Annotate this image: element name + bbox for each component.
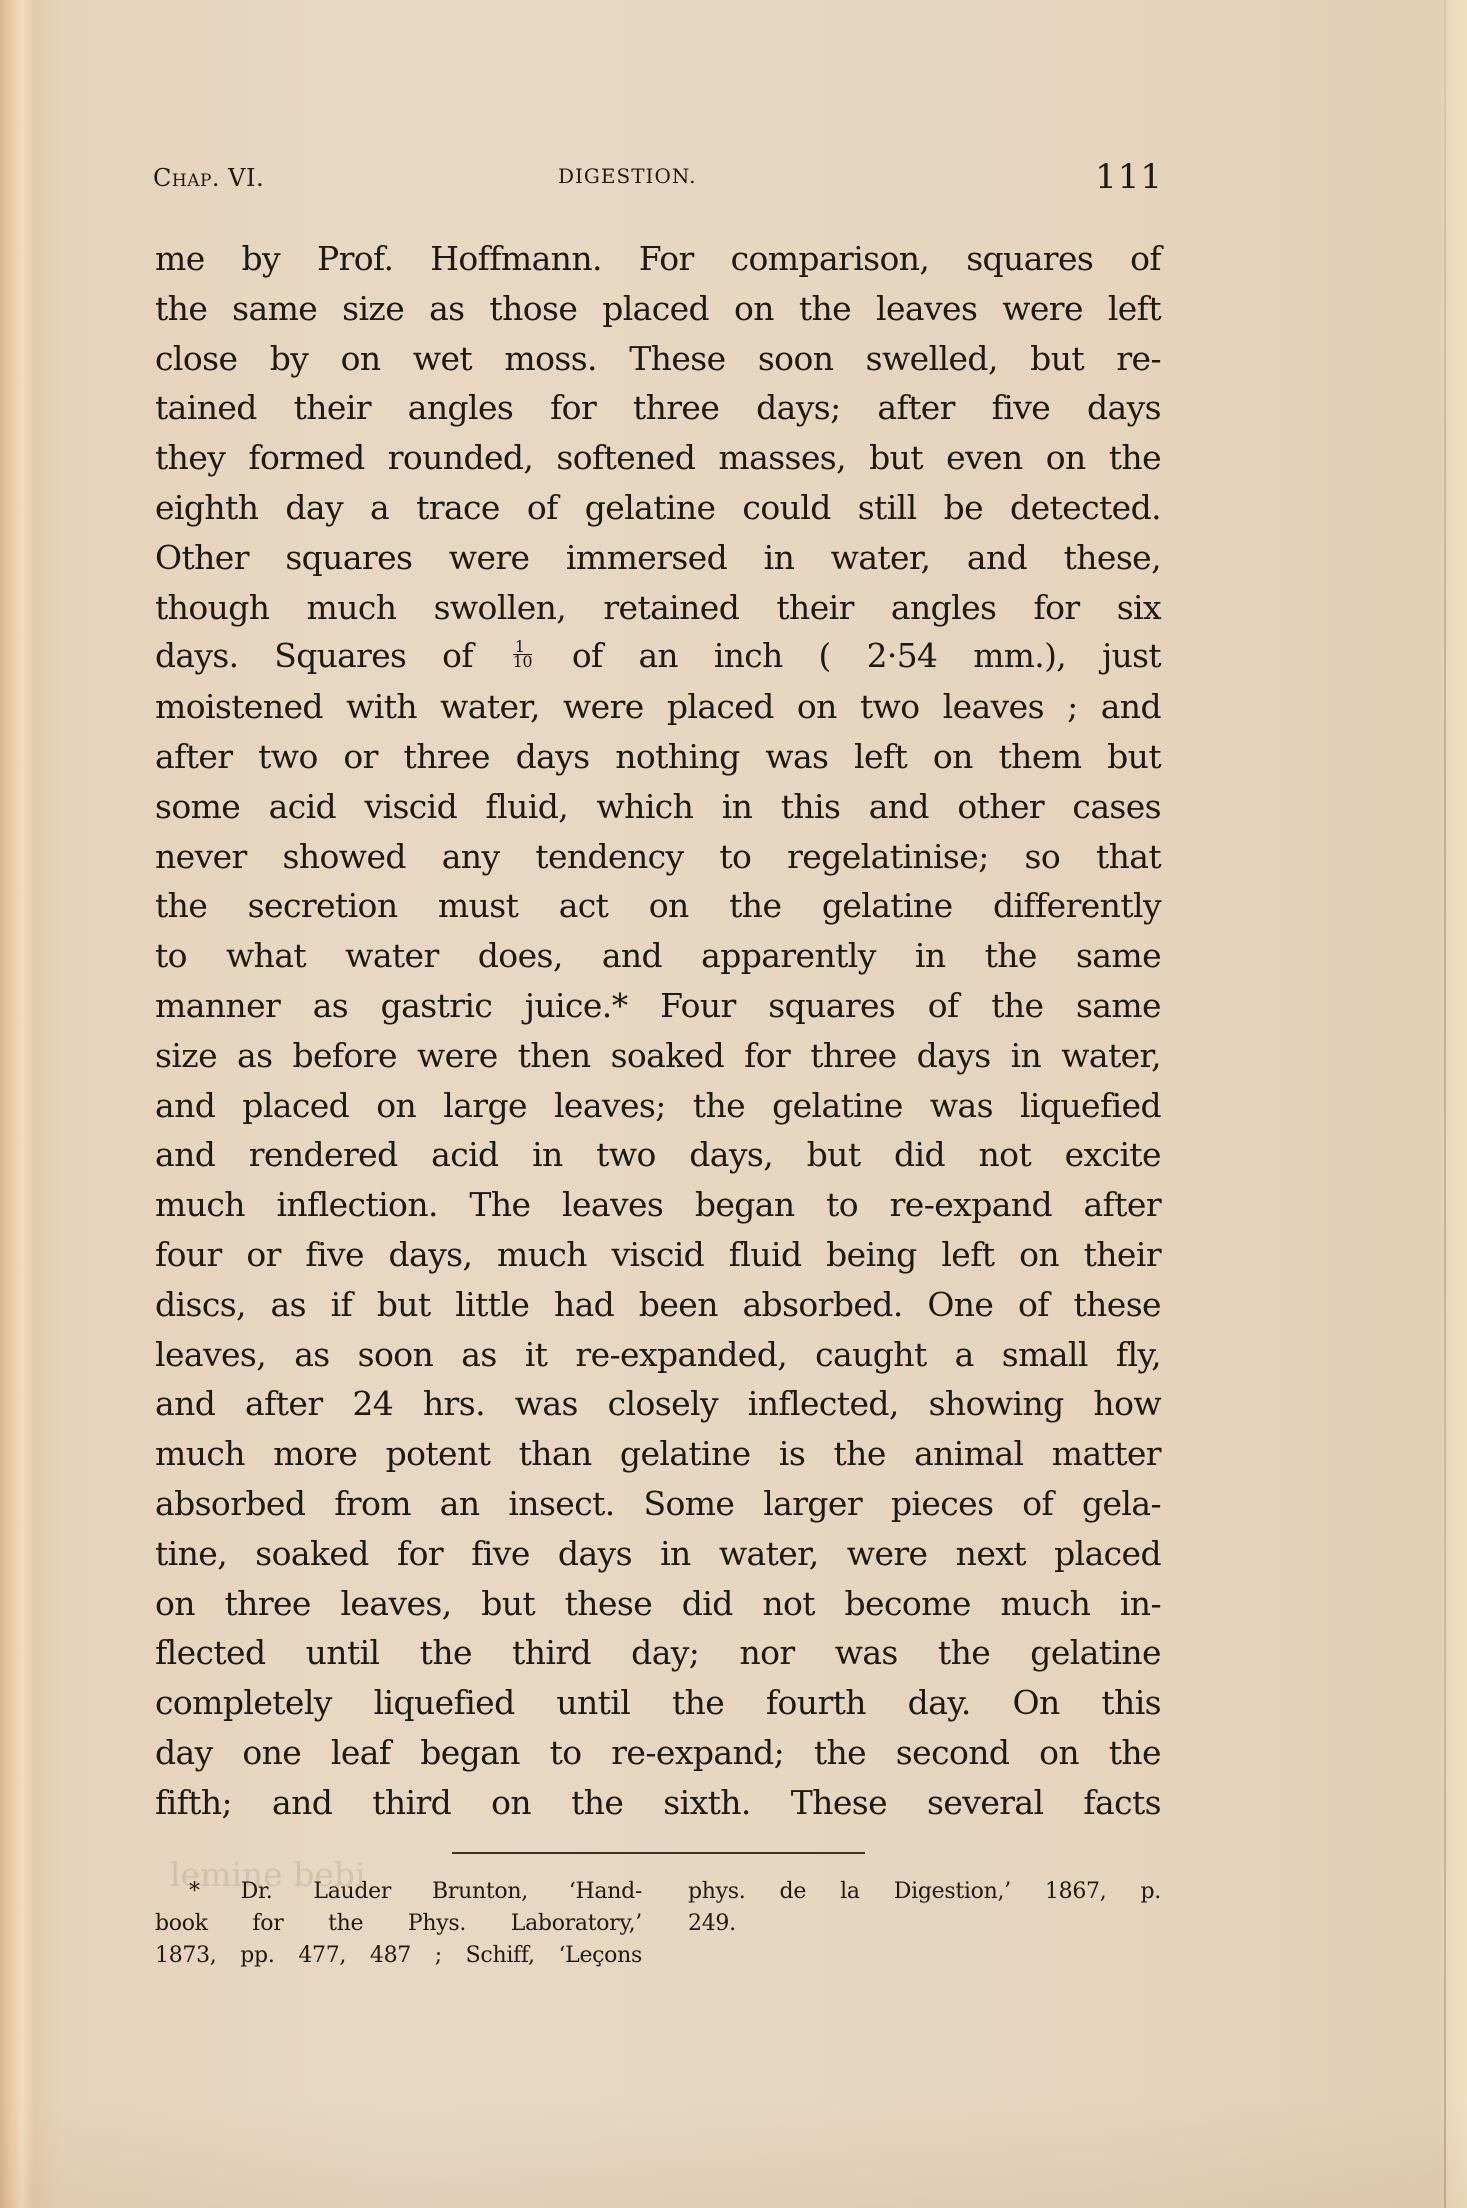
footnote-column-left: * Dr. Lauder Brunton, ‘Hand- book for th…: [155, 1876, 642, 1972]
footnote-line: * Dr. Lauder Brunton, ‘Hand-: [155, 1876, 642, 1908]
text-line: tained their angles for three days; afte…: [155, 383, 1161, 433]
text-line: leaves, as soon as it re-expanded, caugh…: [155, 1330, 1161, 1380]
running-title: DIGESTION.: [558, 164, 696, 188]
footnote-divider: [452, 1852, 865, 1854]
text-line: discs, as if but little had been absorbe…: [155, 1280, 1161, 1330]
text-line: size as before were then soaked for thre…: [155, 1031, 1161, 1081]
text-line: absorbed from an insect. Some larger pie…: [155, 1479, 1161, 1529]
footnote-line: phys. de la Digestion,’ 1867, p.: [688, 1876, 1161, 1908]
text-line: flected until the third day; nor was the…: [155, 1628, 1161, 1678]
text-line: though much swollen, retained their angl…: [155, 583, 1161, 633]
text-line: Other squares were immersed in water, an…: [155, 533, 1161, 583]
text-line: and placed on large leaves; the gelatine…: [155, 1081, 1161, 1131]
text-line-with-fraction: days. Squares of 110 of an inch ( 2·54 m…: [155, 632, 1161, 682]
text-line: to what water does, and apparently in th…: [155, 931, 1161, 981]
text-line: and after 24 hrs. was closely inflected,…: [155, 1379, 1161, 1429]
page-number: 111: [1095, 157, 1163, 197]
text-line: much inflection. The leaves began to re-…: [155, 1180, 1161, 1230]
text-line: and rendered acid in two days, but did n…: [155, 1130, 1161, 1180]
footnote-column-right: phys. de la Digestion,’ 1867, p. 249.: [688, 1876, 1161, 1940]
text-line: moistened with water, were placed on two…: [155, 682, 1161, 732]
text-line: eighth day a trace of gelatine could sti…: [155, 483, 1161, 533]
body-text: me by Prof. Hoffmann. For comparison, sq…: [155, 234, 1161, 1828]
footnote-line: book for the Phys. Laboratory,’: [155, 1908, 642, 1940]
text-line: manner as gastric juice.* Four squares o…: [155, 981, 1161, 1031]
text-line: they formed rounded, softened masses, bu…: [155, 433, 1161, 483]
text-line: completely liquefied until the fourth da…: [155, 1678, 1161, 1728]
chapter-label: Chap. VI.: [153, 164, 264, 192]
text-line: fifth; and third on the sixth. These sev…: [155, 1778, 1161, 1828]
text-line: tine, soaked for five days in water, wer…: [155, 1529, 1161, 1579]
footnote-line: 1873, pp. 477, 487 ; Schiff, ‘Leçons: [155, 1940, 642, 1972]
text-line: much more potent than gelatine is the an…: [155, 1429, 1161, 1479]
text-line: the same size as those placed on the lea…: [155, 284, 1161, 334]
fraction-denominator: 10: [513, 655, 532, 669]
text-line: after two or three days nothing was left…: [155, 732, 1161, 782]
text-line: never showed any tendency to regelatinis…: [155, 832, 1161, 882]
fraction-line-after: of an inch ( 2·54 mm.), just: [572, 637, 1161, 675]
fraction-one-tenth: 110: [513, 640, 532, 669]
text-line: four or five days, much viscid fluid bei…: [155, 1230, 1161, 1280]
text-line: day one leaf began to re-expand; the sec…: [155, 1728, 1161, 1778]
text-line: me by Prof. Hoffmann. For comparison, sq…: [155, 234, 1161, 284]
text-line: some acid viscid fluid, which in this an…: [155, 782, 1161, 832]
text-line: on three leaves, but these did not becom…: [155, 1579, 1161, 1629]
page-edge: [1444, 0, 1446, 2208]
footnote-line: 249.: [688, 1908, 1161, 1940]
fraction-line-before: days. Squares of: [155, 637, 473, 675]
running-header: Chap. VI. DIGESTION. 111: [153, 158, 1163, 192]
scanned-book-page: lemine bebi Chap. VI. DIGESTION. 111 me …: [0, 0, 1467, 2208]
text-line: the secretion must act on the gelatine d…: [155, 881, 1161, 931]
text-line: close by on wet moss. These soon swelled…: [155, 334, 1161, 384]
